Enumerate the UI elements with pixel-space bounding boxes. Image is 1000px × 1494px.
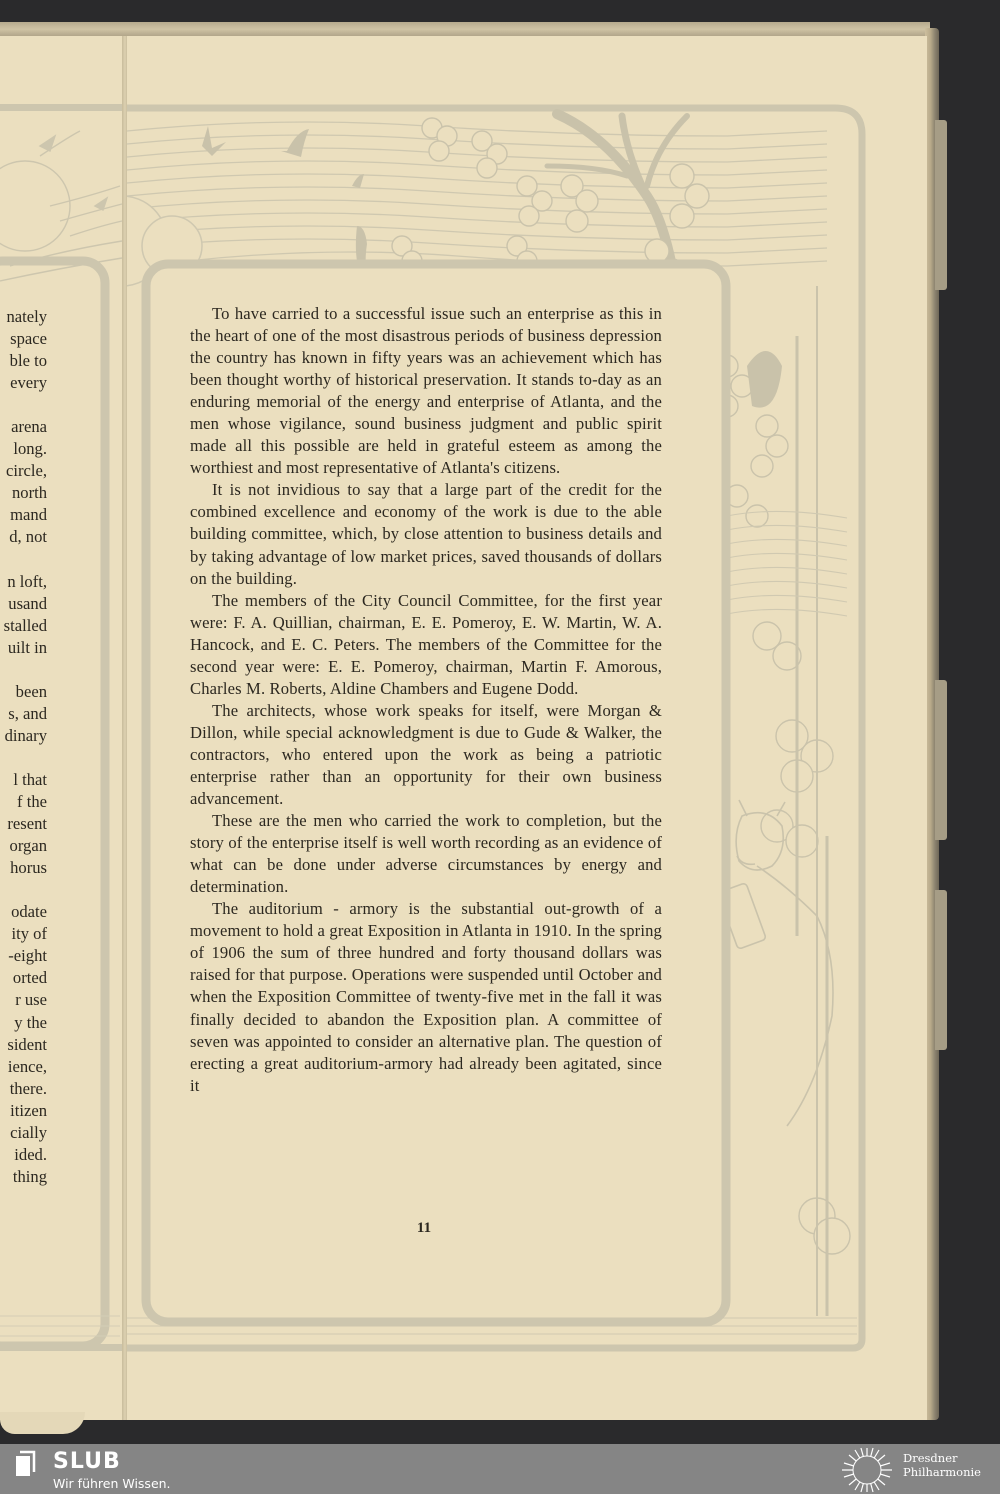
text-line: stalled — [0, 615, 47, 637]
text-line: l that — [0, 769, 47, 791]
text-line: ided. — [0, 1144, 47, 1166]
main-text-body: To have carried to a successful issue su… — [190, 303, 662, 1097]
partner-name-line2: Philharmonie — [903, 1465, 981, 1479]
text-line: mand — [0, 504, 47, 526]
text-line: s, and — [0, 703, 47, 725]
page-number: 11 — [404, 1220, 444, 1237]
text-line: itizen — [0, 1100, 47, 1122]
text-line: resent — [0, 813, 47, 835]
library-tagline: Wir führen Wissen. — [53, 1476, 171, 1491]
text-line — [0, 747, 47, 769]
text-line: uilt in — [0, 637, 47, 659]
text-line: been — [0, 681, 47, 703]
text-line: long. — [0, 438, 47, 460]
scan-viewport: nately space ble to every arena long. ci… — [0, 0, 1000, 1444]
text-line — [0, 879, 47, 901]
text-line: ble to — [0, 350, 47, 372]
left-page: nately space ble to every arena long. ci… — [0, 36, 124, 1420]
text-line: circle, — [0, 460, 47, 482]
text-line: f the — [0, 791, 47, 813]
book-pages-icon — [14, 1450, 40, 1478]
page-edge-tab — [935, 890, 947, 1050]
paragraph: The members of the City Council Committe… — [190, 590, 662, 700]
text-line: thing — [0, 1166, 47, 1188]
text-line: there. — [0, 1078, 47, 1100]
left-page-torn-edge — [0, 1412, 85, 1434]
text-line: usand — [0, 593, 47, 615]
left-page-text-fragments: nately space ble to every arena long. ci… — [0, 306, 47, 1188]
paragraph: To have carried to a successful issue su… — [190, 303, 662, 479]
page-edge-tab — [935, 120, 947, 290]
text-line: sident — [0, 1034, 47, 1056]
text-line: arena — [0, 416, 47, 438]
text-line: odate — [0, 901, 47, 923]
text-line: horus — [0, 857, 47, 879]
text-line: space — [0, 328, 47, 350]
text-line: y the — [0, 1012, 47, 1034]
paragraph: The auditorium - armory is the substanti… — [190, 898, 662, 1096]
paragraph: It is not invidious to say that a large … — [190, 479, 662, 589]
text-line: organ — [0, 835, 47, 857]
text-line: every — [0, 372, 47, 394]
text-line: ience, — [0, 1056, 47, 1078]
library-name: SLUB — [53, 1449, 121, 1474]
text-line: r use — [0, 989, 47, 1011]
text-line: cially — [0, 1122, 47, 1144]
footer-bar: SLUB Wir führen Wissen. Dresdner Philhar… — [0, 1444, 1000, 1494]
text-line: -eight — [0, 945, 47, 967]
text-line — [0, 549, 47, 571]
text-line: dinary — [0, 725, 47, 747]
sunburst-ring-icon — [840, 1447, 894, 1493]
text-line: nately — [0, 306, 47, 328]
text-line: orted — [0, 967, 47, 989]
text-line — [0, 659, 47, 681]
paragraph: The architects, whose work speaks for it… — [190, 700, 662, 810]
text-line: d, not — [0, 526, 47, 548]
page-edge-tab — [935, 680, 947, 840]
text-line: ity of — [0, 923, 47, 945]
partner-name: Dresdner Philharmonie — [903, 1451, 981, 1479]
text-line: n loft, — [0, 571, 47, 593]
text-line — [0, 394, 47, 416]
paragraph: These are the men who carried the work t… — [190, 810, 662, 898]
text-line: north — [0, 482, 47, 504]
partner-name-line1: Dresdner — [903, 1451, 981, 1465]
